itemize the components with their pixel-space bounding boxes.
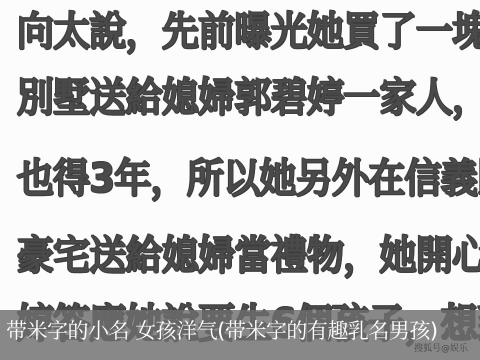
article-text-line-3: 也得3年，所以她另外在信義區買了 bbox=[17, 155, 463, 203]
article-text-line-2: 別墅送給媳婦郭碧婷一家人，但蓋好 bbox=[17, 74, 463, 122]
article-text-line-4: 豪宅送給媳婦當禮物，她開心說郭碧 bbox=[17, 232, 463, 280]
caption-title: 带米字的小名 女孩洋气(带米字的有趣乳名男孩) bbox=[6, 318, 438, 344]
article-text-line-1: 向太說，先前曝光她買了一塊地要蓋 bbox=[17, 8, 463, 56]
image-frame: 向太說，先前曝光她買了一塊地要蓋 別墅送給媳婦郭碧婷一家人，但蓋好 也得3年，所… bbox=[0, 0, 480, 360]
watermark: 搜狐号@娱乐 bbox=[414, 341, 468, 354]
